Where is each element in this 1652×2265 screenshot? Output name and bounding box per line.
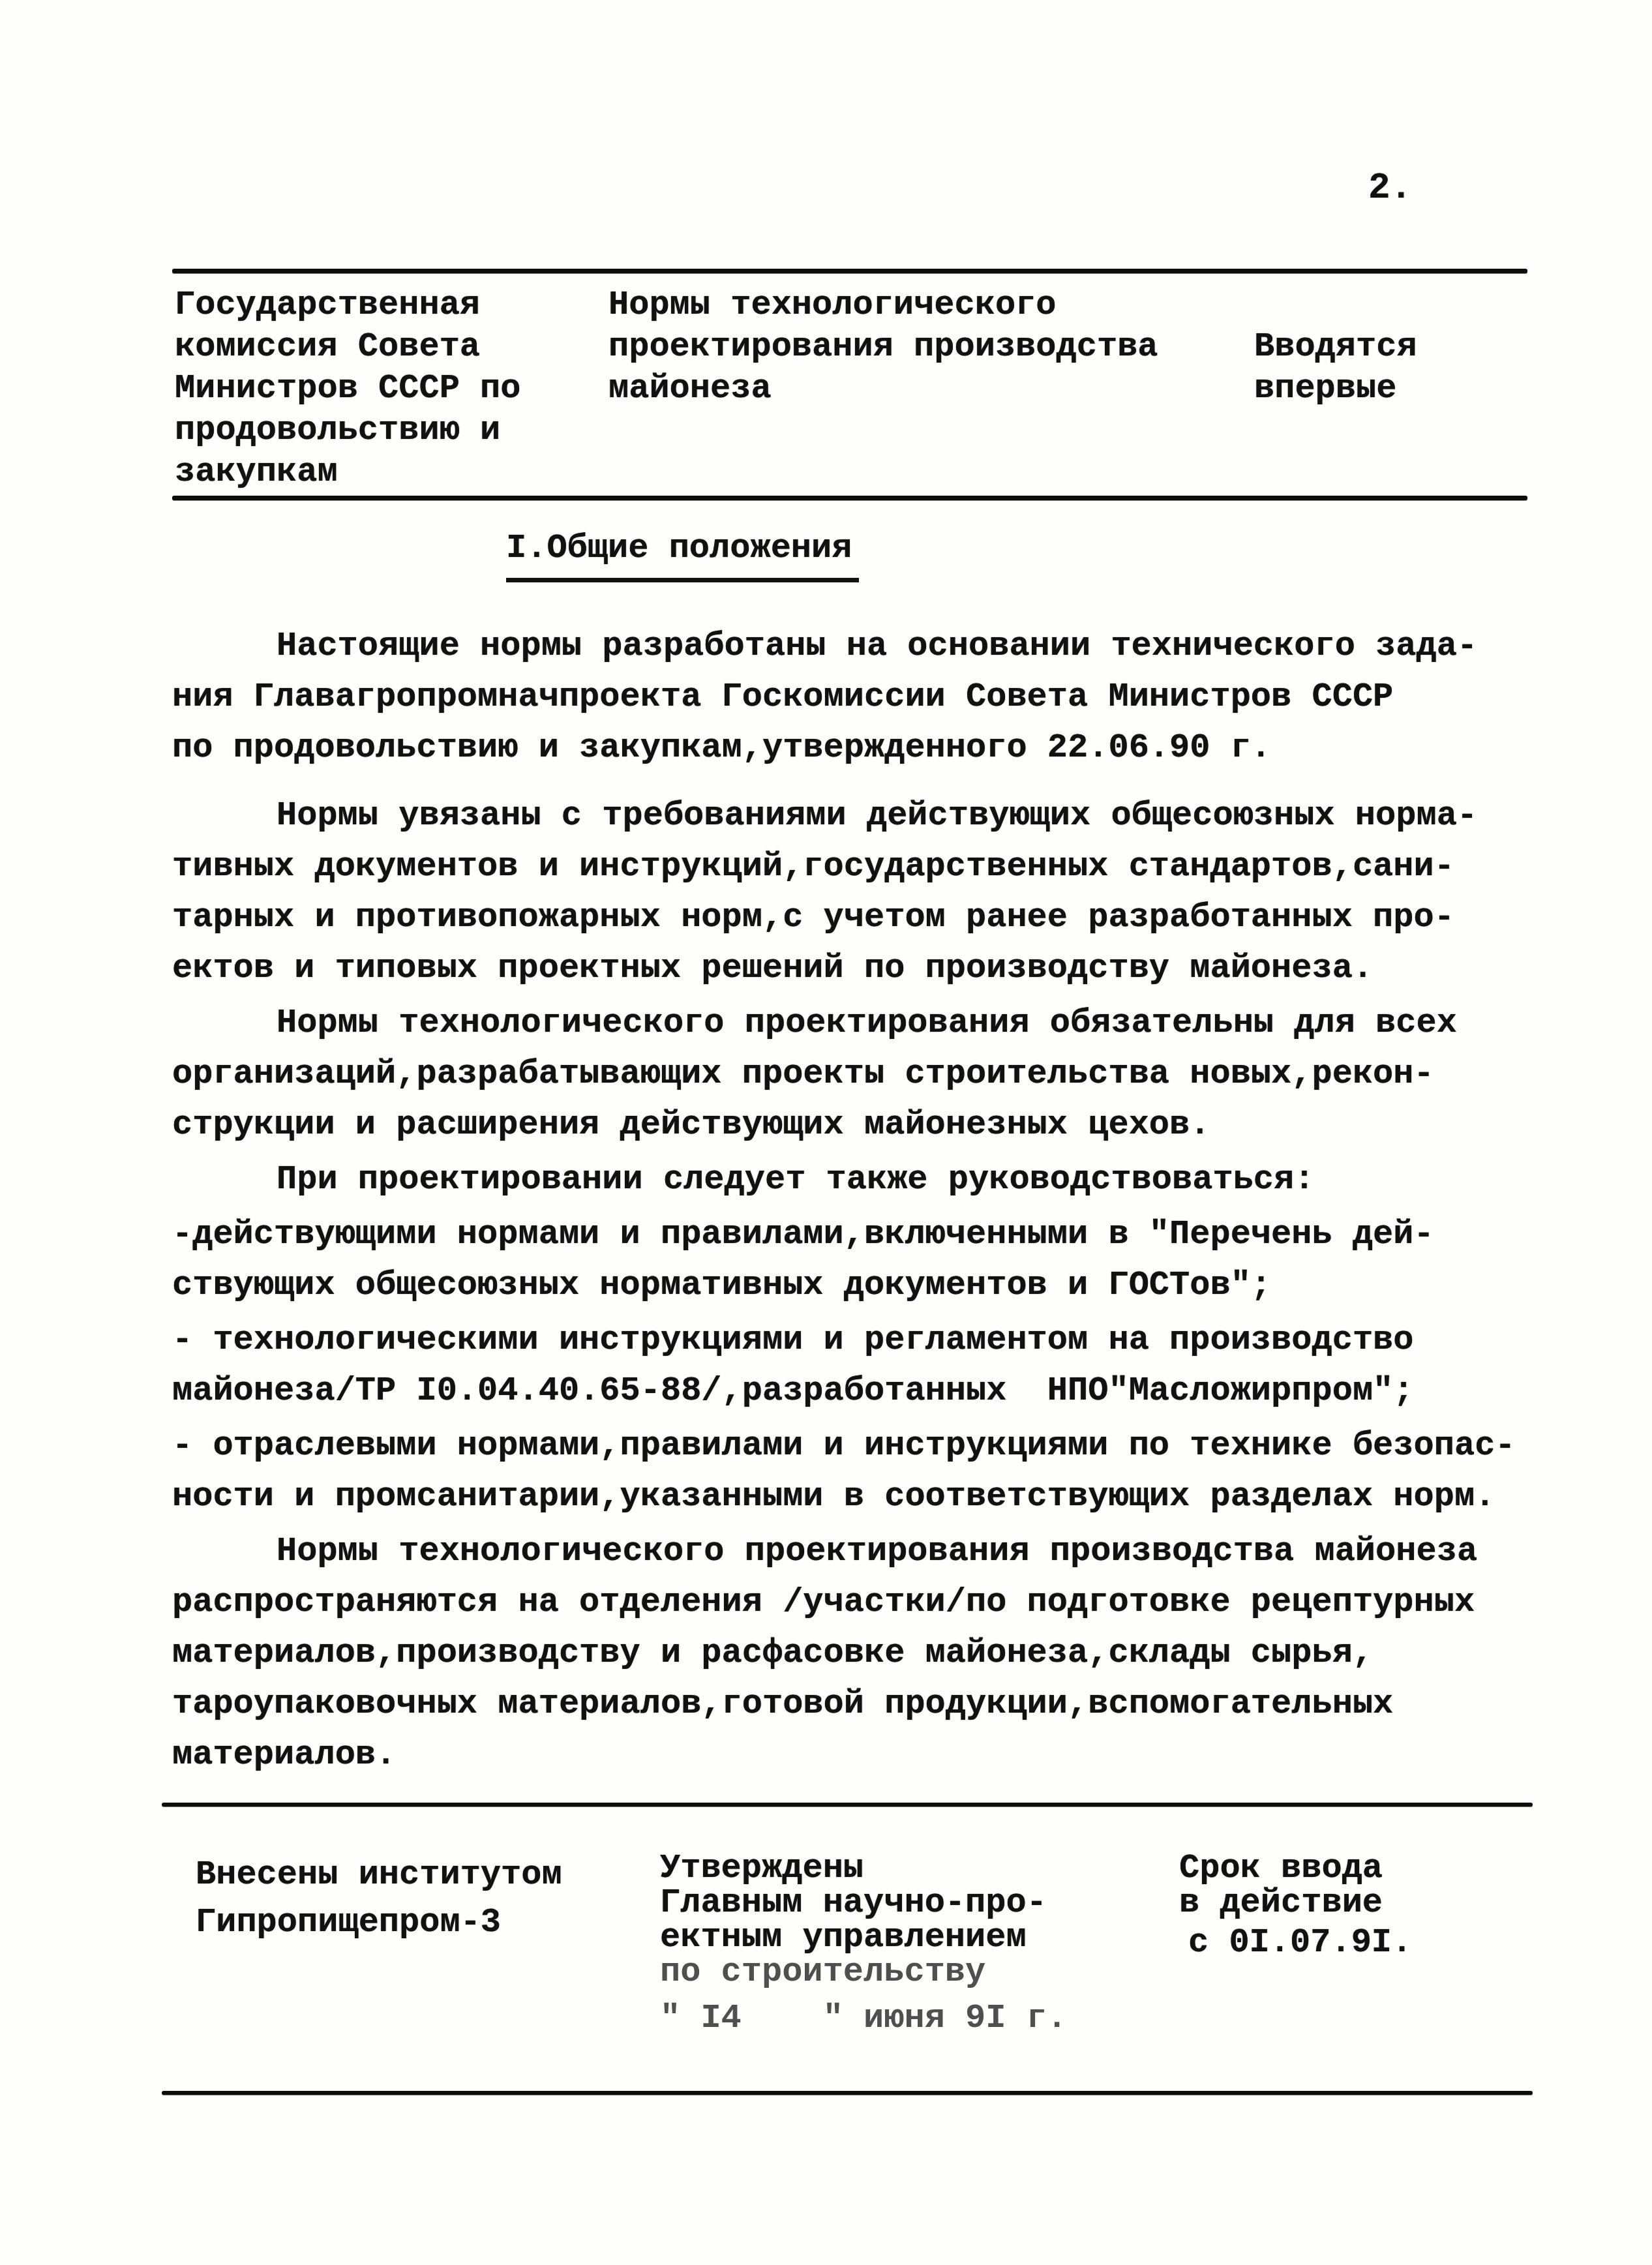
document-body: Настоящие нормы разработаны на основании… — [172, 621, 1548, 1780]
header-introduced-first-time-note: Вводятся впервые — [1254, 326, 1528, 410]
header-issuing-authority: Государственная комиссия Совета Министро… — [175, 284, 592, 493]
footer-approval-date: " I4 " июня 9I г. — [660, 2001, 1117, 2035]
footer-approved-by-construction-line: по строительству — [660, 1955, 1117, 1989]
footer-approved-by-text: Утверждены Главным научно-про- ектным уп… — [660, 1851, 1117, 1955]
list-item-tech-instructions: - технологическими инструкциями и реглам… — [172, 1315, 1548, 1417]
document-page: 2. Государственная комиссия Совета Минис… — [0, 0, 1652, 2265]
footer-approved-by: Утверждены Главным научно-про- ектным уп… — [660, 1851, 1117, 2035]
header-document-title: Нормы технологического проектирования пр… — [608, 284, 1228, 410]
footer-effective-date-value: с 0I.07.9I. — [1188, 1925, 1412, 1960]
paragraph-guidance-intro: При проектировании следует также руковод… — [172, 1154, 1548, 1205]
paragraph-linked-norms: Нормы увязаны с требованиями действующих… — [172, 790, 1548, 994]
bottom-rule — [162, 2091, 1533, 2095]
footer-effective-date-block: Срок ввода в действие с 0I.07.9I. — [1179, 1851, 1412, 1960]
list-item-acting-norms: -действующими нормами и правилами,включе… — [172, 1209, 1548, 1311]
paragraph-scope: Нормы технологического проектирования пр… — [172, 1526, 1548, 1780]
section-title-text: I.Общие положения — [506, 530, 859, 582]
section-title: I.Общие положения — [506, 530, 859, 582]
paragraph-mandatory: Нормы технологического проектирования об… — [172, 998, 1548, 1150]
list-item-industry-norms: - отраслевыми нормами,правилами и инстру… — [172, 1420, 1548, 1522]
footer-submitted-by: Внесены институтом Гипропищепром-3 — [196, 1851, 562, 1946]
paragraph-basis: Настоящие нормы разработаны на основании… — [172, 621, 1548, 773]
header-bottom-rule — [172, 496, 1527, 500]
footer-top-rule — [162, 1803, 1533, 1807]
top-rule — [172, 269, 1527, 273]
footer-effective-date-label: Срок ввода в действие — [1179, 1851, 1412, 1920]
page-number: 2. — [1368, 168, 1412, 207]
